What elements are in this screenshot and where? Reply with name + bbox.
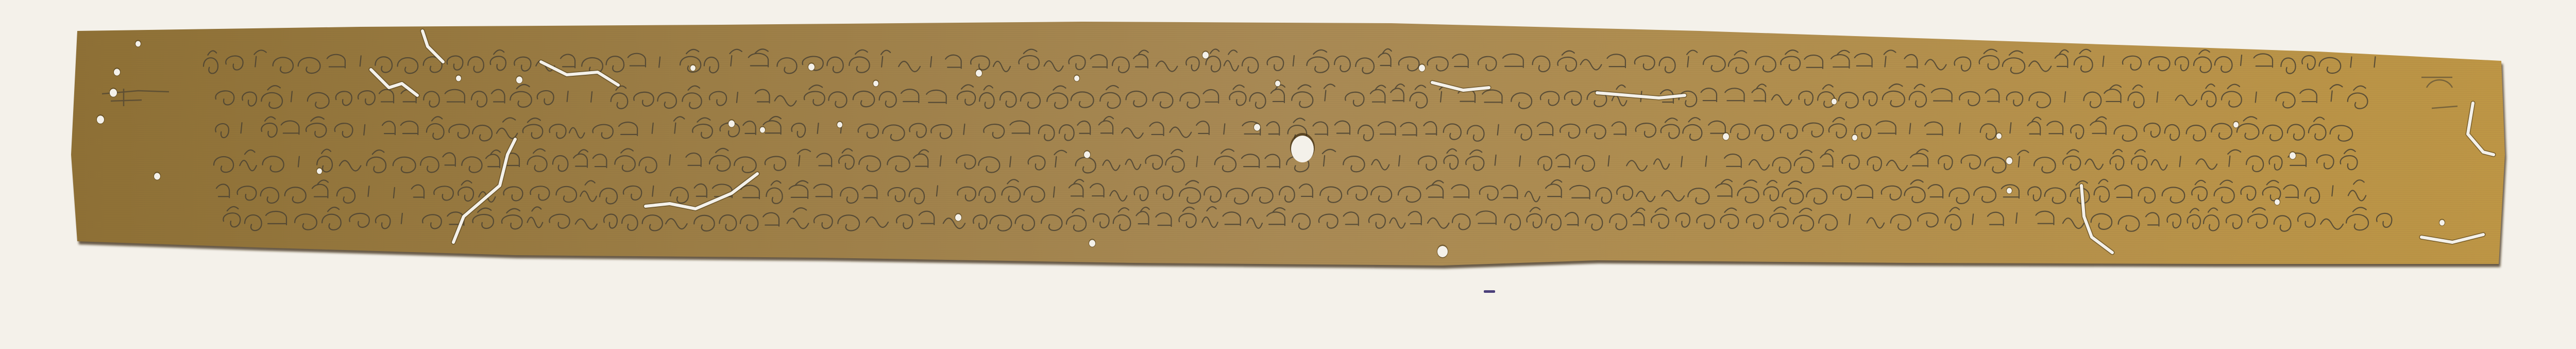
wormhole	[955, 214, 961, 221]
wormhole	[154, 173, 160, 179]
wormhole	[135, 41, 141, 47]
wormhole	[456, 76, 461, 81]
wormhole	[808, 63, 815, 70]
wormhole	[110, 89, 117, 96]
wormhole	[2233, 122, 2239, 128]
wormhole	[1089, 240, 1095, 246]
manuscript-photo: Palm-leaf manuscript, incised Odia scrip…	[0, 0, 2576, 349]
wormhole	[760, 127, 765, 133]
wormhole	[1996, 134, 2002, 139]
wormhole	[728, 120, 735, 127]
wormhole	[1275, 81, 1280, 87]
palm-leaf	[0, 0, 2576, 349]
wormhole	[1852, 135, 1857, 141]
wormhole	[317, 169, 322, 174]
wormhole	[1084, 151, 1090, 158]
wormhole	[97, 115, 104, 123]
wormhole	[873, 81, 878, 87]
wormhole	[1723, 133, 1729, 140]
wormhole	[114, 69, 120, 75]
purple-ink-mark	[1484, 290, 1495, 293]
wormhole	[1254, 124, 1260, 130]
wormhole	[516, 76, 522, 83]
wormhole	[1202, 52, 1209, 58]
wormhole	[1832, 99, 1837, 105]
wormhole	[1074, 76, 1079, 81]
wormhole	[690, 65, 696, 71]
purple-mark	[1484, 290, 1495, 293]
wormhole	[1437, 246, 1448, 257]
wormhole	[2290, 152, 2296, 159]
wormhole	[837, 122, 842, 128]
wormhole	[2006, 157, 2012, 164]
wormhole	[2439, 220, 2445, 226]
wormhole	[2275, 200, 2280, 205]
wormhole	[976, 70, 982, 76]
wormhole	[2007, 188, 2012, 194]
string-hole-opening	[1291, 136, 1314, 162]
wormhole	[1419, 64, 1425, 71]
